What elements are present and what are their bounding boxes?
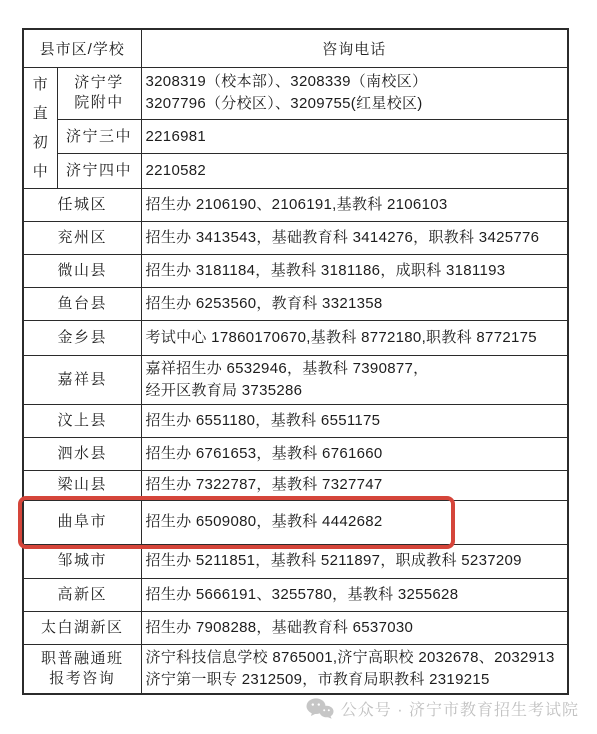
contact-table: 县市区/学校 咨询电话 市直初中 济宁学 院附中 3208319（校本部）、32…: [22, 28, 569, 695]
table-row: 汶上县 招生办 6551180，基教科 6551175: [23, 404, 568, 437]
wechat-icon: [306, 698, 334, 719]
table-header-row: 县市区/学校 咨询电话: [23, 29, 568, 67]
row-name: 嘉祥县: [23, 355, 141, 404]
row-phone: 2216981: [141, 120, 568, 154]
row-phone: 2210582: [141, 153, 568, 188]
footer-watermark: 公众号 · 济宁市教育招生考试院: [306, 697, 579, 720]
table-row: 兖州区 招生办 3413543，基础教育科 3414276，职教科 342577…: [23, 221, 568, 254]
row-phone: 招生办 6509080，基教科 4442682: [141, 500, 568, 544]
table-row: 太白湖新区 招生办 7908288，基础教育科 6537030: [23, 611, 568, 644]
page: 县市区/学校 咨询电话 市直初中 济宁学 院附中 3208319（校本部）、32…: [0, 0, 597, 734]
table-row: 高新区 招生办 5666191、3255780，基教科 3255628: [23, 578, 568, 611]
table-row: 嘉祥县 嘉祥招生办 6532946，基教科 7390877， 经开区教育局 37…: [23, 355, 568, 404]
table-row: 任城区 招生办 2106190、2106191,基教科 2106103: [23, 188, 568, 221]
table-row: 济宁四中 2210582: [23, 153, 568, 188]
header-phone-column: 咨询电话: [141, 29, 568, 67]
row-phone: 考试中心 17860170670,基教科 8772180,职教科 8772175: [141, 320, 568, 355]
row-name: 鱼台县: [23, 287, 141, 320]
row-name: 济宁四中: [57, 153, 141, 188]
table-row: 职普融通班 报考咨询 济宁科技信息学校 8765001,济宁高职校 203267…: [23, 644, 568, 694]
table-row: 梁山县 招生办 7322787，基教科 7327747: [23, 470, 568, 500]
row-phone: 济宁科技信息学校 8765001,济宁高职校 2032678、2032913 济…: [141, 644, 568, 694]
row-phone: 招生办 6551180，基教科 6551175: [141, 404, 568, 437]
row-name: 济宁学 院附中: [57, 67, 141, 120]
table-row: 微山县 招生办 3181184，基教科 3181186，成职科 3181193: [23, 254, 568, 287]
row-phone: 招生办 3181184，基教科 3181186，成职科 3181193: [141, 254, 568, 287]
row-name: 微山县: [23, 254, 141, 287]
row-phone: 招生办 7322787，基教科 7327747: [141, 470, 568, 500]
table-row: 泗水县 招生办 6761653，基教科 6761660: [23, 437, 568, 470]
row-name: 曲阜市: [23, 500, 141, 544]
row-phone: 招生办 6761653，基教科 6761660: [141, 437, 568, 470]
row-name: 泗水县: [23, 437, 141, 470]
row-phone: 3208319（校本部）、3208339（南校区） 3207796（分校区）、3…: [141, 67, 568, 120]
row-name: 任城区: [23, 188, 141, 221]
row-name: 职普融通班 报考咨询: [23, 644, 141, 694]
row-phone: 招生办 3413543，基础教育科 3414276，职教科 3425776: [141, 221, 568, 254]
table-row: 市直初中 济宁学 院附中 3208319（校本部）、3208339（南校区） 3…: [23, 67, 568, 120]
row-phone: 招生办 5211851，基教科 5211897，职成教科 5237209: [141, 544, 568, 578]
table-row: 邹城市 招生办 5211851，基教科 5211897，职成教科 5237209: [23, 544, 568, 578]
row-name: 济宁三中: [57, 120, 141, 154]
row-name: 兖州区: [23, 221, 141, 254]
table-row: 济宁三中 2216981: [23, 120, 568, 154]
group-label-city-junior: 市直初中: [23, 67, 57, 188]
row-name: 邹城市: [23, 544, 141, 578]
row-phone: 招生办 6253560，教育科 3321358: [141, 287, 568, 320]
row-phone: 招生办 2106190、2106191,基教科 2106103: [141, 188, 568, 221]
table-row: 鱼台县 招生办 6253560，教育科 3321358: [23, 287, 568, 320]
row-phone: 招生办 5666191、3255780，基教科 3255628: [141, 578, 568, 611]
row-name: 高新区: [23, 578, 141, 611]
table-row-qufu-highlighted: 曲阜市 招生办 6509080，基教科 4442682: [23, 500, 568, 544]
header-region-column: 县市区/学校: [23, 29, 141, 67]
row-name: 梁山县: [23, 470, 141, 500]
group-label-text: 市直初中: [32, 70, 49, 186]
row-name: 金乡县: [23, 320, 141, 355]
row-phone: 嘉祥招生办 6532946，基教科 7390877， 经开区教育局 373528…: [141, 355, 568, 404]
row-name: 太白湖新区: [23, 611, 141, 644]
row-name: 汶上县: [23, 404, 141, 437]
table-row: 金乡县 考试中心 17860170670,基教科 8772180,职教科 877…: [23, 320, 568, 355]
row-phone: 招生办 7908288，基础教育科 6537030: [141, 611, 568, 644]
footer-text: 公众号 · 济宁市教育招生考试院: [341, 697, 579, 720]
